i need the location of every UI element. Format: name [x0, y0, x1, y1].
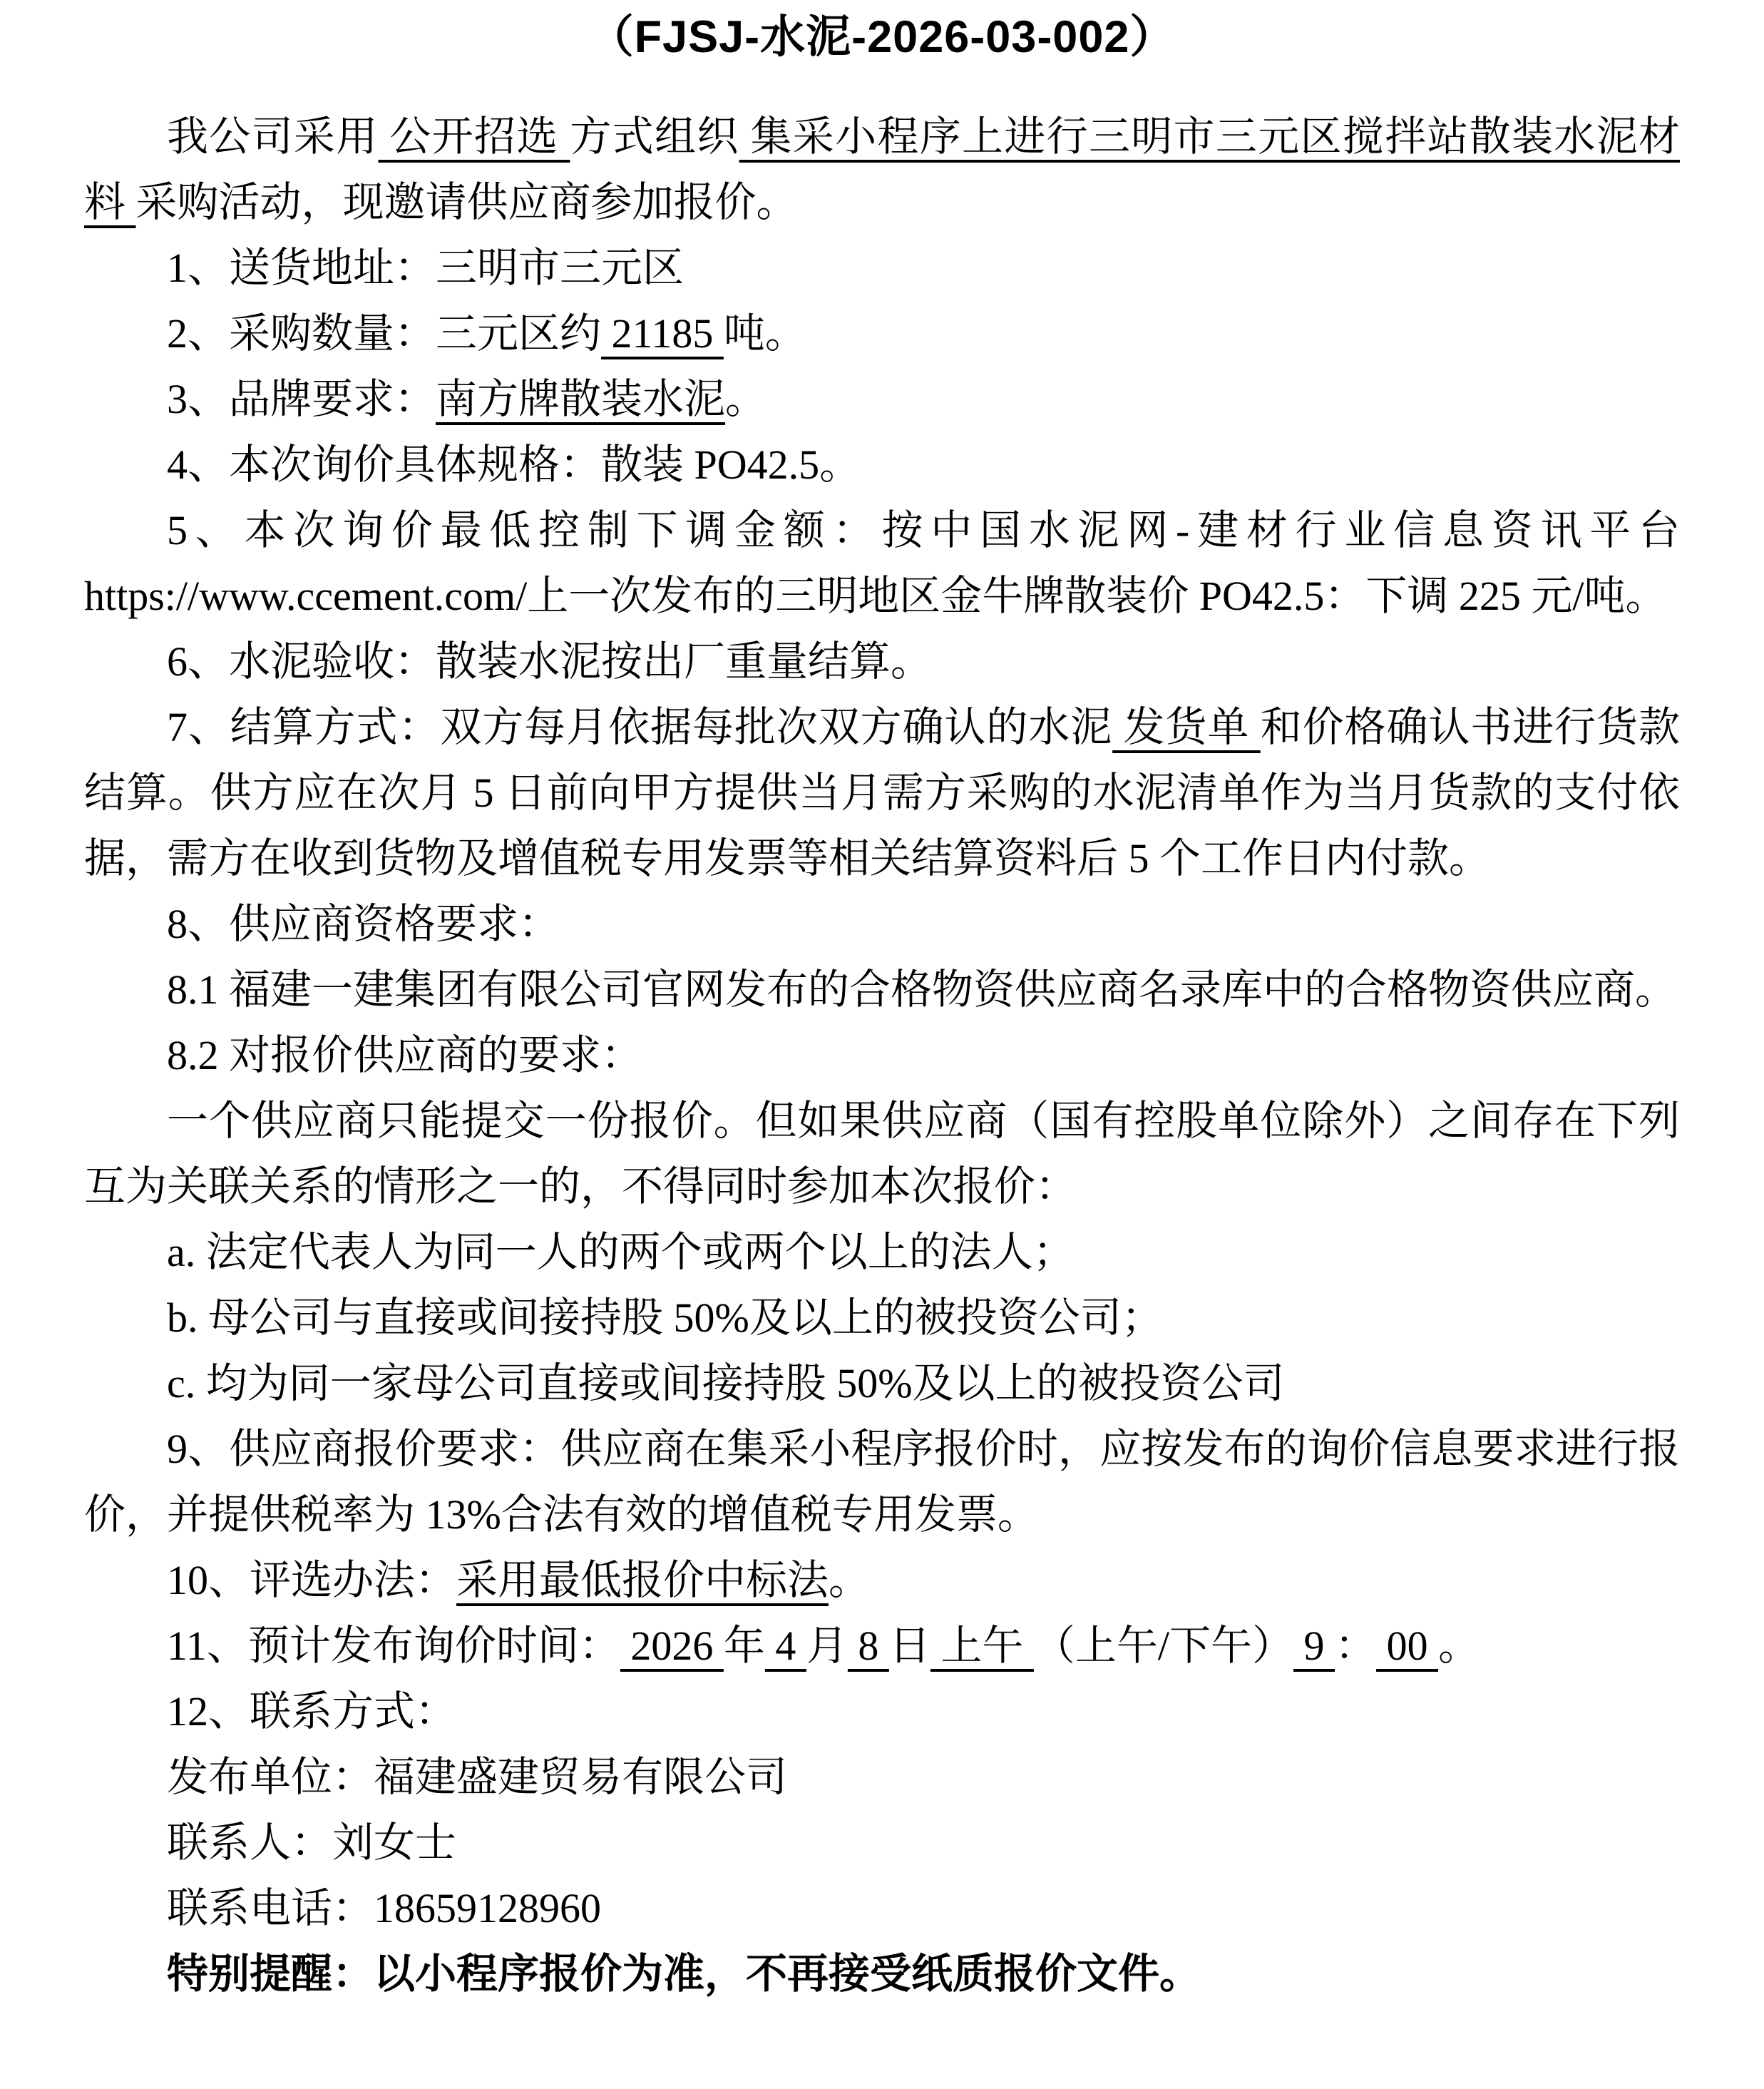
- item-9-quotation-requirements: 9、供应商报价要求：供应商在集采小程序报价时，应按发布的询价信息要求进行报价，并…: [84, 1416, 1680, 1548]
- item-8-supplier-qualification: 8、供应商资格要求：: [84, 892, 1680, 957]
- text-run: 8.1 福建一建集团有限公司官网发布的合格物资供应商名录库中的合格物资供应商。: [167, 966, 1676, 1013]
- text-run: 采购活动，现邀请供应商参加报价。: [136, 179, 798, 225]
- item-1-delivery-address: 1、送货地址：三明市三元区: [84, 235, 1680, 301]
- item-8-2-a: a. 法定代表人为同一人的两个或两个以上的法人；: [84, 1220, 1680, 1285]
- text-run: c. 均为同一家母公司直接或间接持股 50%及以上的被投资公司: [167, 1360, 1285, 1406]
- underlined-text-run: 发货单: [1112, 704, 1261, 750]
- text-run: 一个供应商只能提交一份报价。但如果供应商（国有控股单位除外）之间存在下列互为关联…: [84, 1098, 1680, 1210]
- text-run: b. 母公司与直接或间接持股 50%及以上的被投资公司；: [167, 1294, 1163, 1341]
- text-run: 5、本次询价最低控制下调金额：按中国水泥网-建材行业信息资讯平台 https:/…: [84, 507, 1691, 619]
- underlined-text-run: 00: [1376, 1623, 1438, 1669]
- text-run: 1、送货地址：三明市三元区: [167, 245, 684, 291]
- text-run: 。: [1438, 1623, 1480, 1669]
- text-run: （上午/下午）: [1034, 1623, 1293, 1669]
- text-run: 特别提醒：以小程序报价为准，不再接受纸质报价文件。: [167, 1951, 1201, 1997]
- item-10-evaluation-method: 10、评选办法：采用最低报价中标法。: [84, 1548, 1680, 1613]
- text-run: a. 法定代表人为同一人的两个或两个以上的法人；: [167, 1229, 1075, 1275]
- special-reminder-line: 特别提醒：以小程序报价为准，不再接受纸质报价文件。: [84, 1941, 1680, 2007]
- text-run: 联系人：刘女士: [167, 1819, 456, 1866]
- text-run: 4、本次询价具体规格：散装 PO42.5。: [167, 441, 861, 488]
- text-run: 2、采购数量：三元区约: [167, 310, 601, 357]
- document-title: （FJSJ-水泥-2026-03-002）: [84, 4, 1680, 70]
- item-8-1-qualified-suppliers: 8.1 福建一建集团有限公司官网发布的合格物资供应商名录库中的合格物资供应商。: [84, 957, 1680, 1023]
- item-11-inquiry-time: 11、预计发布询价时间： 2026 年 4 月 8 日 上午 （上午/下午） 9…: [84, 1613, 1680, 1679]
- item-8-2-b: b. 母公司与直接或间接持股 50%及以上的被投资公司；: [84, 1285, 1680, 1351]
- text-run: ：: [1335, 1623, 1376, 1669]
- underlined-text-run: 采用最低报价中标法: [456, 1557, 829, 1603]
- underlined-text-run: 上午: [930, 1623, 1034, 1669]
- text-run: 10、评选办法：: [167, 1557, 456, 1603]
- text-run: 。: [829, 1557, 870, 1603]
- contact-phone-line: 联系电话：18659128960: [84, 1876, 1680, 1941]
- text-run: 。: [725, 376, 766, 422]
- text-run: 6、水泥验收：散装水泥按出厂重量结算。: [167, 638, 932, 685]
- text-run: 12、联系方式：: [167, 1688, 456, 1735]
- item-8-2-bidder-requirements: 8.2 对报价供应商的要求：: [84, 1023, 1680, 1088]
- text-run: 发布单位：福建盛建贸易有限公司: [167, 1754, 787, 1800]
- text-run: 吨。: [724, 310, 806, 357]
- contact-person-line: 联系人：刘女士: [84, 1810, 1680, 1876]
- underlined-text-run: 8: [848, 1623, 889, 1669]
- text-run: 8.2 对报价供应商的要求：: [167, 1032, 642, 1078]
- item-4-specification: 4、本次询价具体规格：散装 PO42.5。: [84, 432, 1680, 498]
- item-8-2-detail: 一个供应商只能提交一份报价。但如果供应商（国有控股单位除外）之间存在下列互为关联…: [84, 1088, 1680, 1220]
- underlined-text-run: 公开招选: [379, 113, 570, 160]
- underlined-text-run: 21185: [601, 310, 724, 357]
- text-run: 年: [724, 1623, 765, 1669]
- underlined-text-run: 2026: [620, 1623, 724, 1669]
- text-run: 我公司采用: [167, 113, 379, 160]
- text-run: 7、结算方式：双方每月依据每批次双方确认的水泥: [167, 704, 1112, 750]
- publisher-line: 发布单位：福建盛建贸易有限公司: [84, 1745, 1680, 1810]
- document-page: （FJSJ-水泥-2026-03-002） 我公司采用 公开招选 方式组织 集采…: [0, 0, 1764, 2089]
- document-body: 我公司采用 公开招选 方式组织 集采小程序上进行三明市三元区搅拌站散装水泥材料 …: [84, 104, 1680, 2007]
- item-2-purchase-quantity: 2、采购数量：三元区约 21185 吨。: [84, 301, 1680, 367]
- item-12-contact: 12、联系方式：: [84, 1679, 1680, 1745]
- item-6-cement-acceptance: 6、水泥验收：散装水泥按出厂重量结算。: [84, 629, 1680, 695]
- text-run: 月: [806, 1623, 848, 1669]
- text-run: 9、供应商报价要求：供应商在集采小程序报价时，应按发布的询价信息要求进行报价，并…: [84, 1426, 1680, 1538]
- text-run: 8、供应商资格要求：: [167, 901, 560, 947]
- item-3-brand-requirement: 3、品牌要求：南方牌散装水泥。: [84, 367, 1680, 432]
- underlined-text-run: 4: [765, 1623, 806, 1669]
- item-8-2-c: c. 均为同一家母公司直接或间接持股 50%及以上的被投资公司: [84, 1351, 1680, 1416]
- underlined-text-run: 9: [1293, 1623, 1335, 1669]
- text-run: 3、品牌要求：: [167, 376, 436, 422]
- text-run: 联系电话：18659128960: [167, 1885, 601, 1931]
- text-run: 方式组织: [570, 113, 739, 160]
- text-run: 11、预计发布询价时间：: [167, 1623, 620, 1669]
- text-run: 日: [889, 1623, 930, 1669]
- item-7-settlement-method: 7、结算方式：双方每月依据每批次双方确认的水泥 发货单 和价格确认书进行货款结算…: [84, 695, 1680, 892]
- intro-paragraph: 我公司采用 公开招选 方式组织 集采小程序上进行三明市三元区搅拌站散装水泥材料 …: [84, 104, 1680, 235]
- item-5-price-floor: 5、本次询价最低控制下调金额：按中国水泥网-建材行业信息资讯平台 https:/…: [84, 498, 1680, 629]
- underlined-text-run: 南方牌散装水泥: [436, 376, 725, 422]
